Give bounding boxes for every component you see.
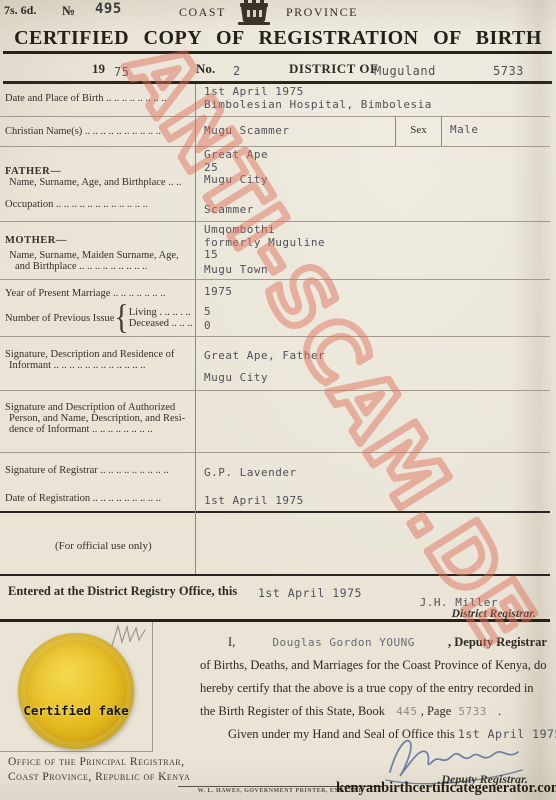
father-name: Great Ape <box>204 149 550 162</box>
cert-after-name: , Deputy Registrar <box>448 635 547 649</box>
birth-value: 1st April 1975 Bimbolesian Hospital, Bim… <box>196 84 550 116</box>
row-informant: Signature, Description and Residence of … <box>0 337 550 391</box>
row-date-place-of-birth: Date and Place of Birth .. .. .. .. .. .… <box>0 84 550 117</box>
christian-name-label: Christian Name(s) .. .. .. .. .. .. .. .… <box>0 117 196 146</box>
christian-name-value: Mugu Scammer <box>196 117 395 146</box>
year-typed: 75 <box>114 65 129 79</box>
deceased-label: Deceased .. .. .. <box>129 318 193 329</box>
office-line-2: Coast Province, Republic of Kenya <box>8 770 190 785</box>
number-symbol: № <box>62 3 75 19</box>
birth-date: 1st April 1975 <box>204 86 550 99</box>
province-label: PROVINCE <box>286 5 358 20</box>
informant-name: Great Ape, Father <box>204 350 550 363</box>
row-marriage-issue: Year of Present Marriage .. .. .. .. .. … <box>0 280 550 337</box>
informant-residence: Mugu City <box>204 372 550 385</box>
marriage-issue-label-cell: Year of Present Marriage .. .. .. .. .. … <box>0 280 196 336</box>
entered-date: 1st April 1975 <box>258 586 362 600</box>
cert-line-4c: . <box>498 704 501 718</box>
official-use-value <box>196 513 550 574</box>
row-registrar: Signature of Registrar .. .. .. .. .. ..… <box>0 453 550 513</box>
district-label: DISTRICT OF <box>289 61 378 77</box>
birth-label: Date and Place of Birth .. .. .. .. .. .… <box>0 84 196 116</box>
cert-line-2: of Births, Deaths, and Marriages for the… <box>200 658 552 681</box>
father-sublabel: Name, Surname, Age, and Birthplace .. .. <box>5 177 193 188</box>
entered-label: Entered at the District Registry Office,… <box>8 584 237 599</box>
marriage-issue-values: 1975 5 0 <box>196 280 550 336</box>
birth-place: Bimbolesian Hospital, Bimbolesia <box>204 99 550 112</box>
mother-label-cell: MOTHER— Name, Surname, Maiden Surname, A… <box>0 222 196 279</box>
deputy-registrar-name: Douglas Gordon YOUNG <box>272 636 414 649</box>
father-birthplace: Mugu City <box>204 174 550 187</box>
occupation-value: Scammer <box>204 204 550 217</box>
registration-date-value: 1st April 1975 <box>196 485 550 513</box>
row-official-use: (For official use only) <box>0 513 550 576</box>
cert-i: I, <box>228 635 235 649</box>
mother-heading: MOTHER— <box>5 235 193 246</box>
informant-values: Great Ape, Father Mugu City <box>196 337 550 390</box>
authorized-label-3: dence of Informant .. .. .. .. .. .. .. … <box>5 424 193 435</box>
official-use-label: (For official use only) <box>0 513 196 574</box>
previous-issue-group: Number of Previous Issue { Living . .. .… <box>5 304 193 332</box>
certification-section: Certified fake I, Douglas Gordon YOUNG ,… <box>0 622 556 800</box>
registration-date-label: Date of Registration .. .. .. .. .. .. .… <box>0 485 196 513</box>
mother-name: Umqombothi <box>204 224 550 237</box>
mother-values: Umqombothi formerly Muguline 15 Mugu Tow… <box>196 222 550 279</box>
coast-label: COAST <box>179 5 226 20</box>
father-heading: FATHER— <box>5 166 193 177</box>
deceased-value: 0 <box>204 320 550 333</box>
authorized-label-cell: Signature and Description of Authorized … <box>0 391 196 452</box>
seal-box-vertical-line <box>152 622 153 751</box>
website-text: kenyanbirthcertificategenerator.com <box>336 780 556 797</box>
authorized-label-1: Signature and Description of Authorized <box>5 402 193 413</box>
district-registrar-title: District Registrar. <box>452 608 536 620</box>
row-father: FATHER— Name, Surname, Age, and Birthpla… <box>0 147 550 222</box>
mother-age: 15 <box>204 249 550 262</box>
form-number: 5733 <box>493 64 524 78</box>
cert-line-1: I, Douglas Gordon YOUNG , Deputy Registr… <box>200 635 552 658</box>
cert-line-4a: the Birth Register of this State, Book <box>200 704 385 718</box>
seal-label: Certified fake <box>20 703 132 718</box>
book-number: 445 <box>396 705 417 718</box>
no-label: No. <box>196 61 215 77</box>
mother-sublabel-2: and Birthplace .. .. .. .. .. .. .. .. .… <box>5 261 193 272</box>
title-rule <box>3 51 552 54</box>
sex-value: Male <box>442 117 479 146</box>
pencil-mark <box>106 618 152 652</box>
occupation-label: Occupation .. .. .. .. .. .. .. .. .. ..… <box>5 199 193 210</box>
fee-text: 7s. 6d. <box>4 3 36 18</box>
district-value: Muguland <box>374 64 436 78</box>
marriage-year-value: 1975 <box>204 286 550 299</box>
year-printed: 19 <box>92 61 105 77</box>
mother-birthplace: Mugu Town <box>204 264 550 277</box>
authorized-value <box>196 391 550 452</box>
office-address: Office of the Principal Registrar, Coast… <box>8 755 190 785</box>
document-title: CERTIFIED COPY OF REGISTRATION OF BIRTH <box>0 27 556 50</box>
row-mother: MOTHER— Name, Surname, Maiden Surname, A… <box>0 222 550 280</box>
office-line-1: Office of the Principal Registrar, <box>8 755 190 770</box>
brace-glyph: { <box>114 302 128 334</box>
cert-line-4: the Birth Register of this State, Book 4… <box>200 704 552 727</box>
informant-label-cell: Signature, Description and Residence of … <box>0 337 196 390</box>
marriage-label: Year of Present Marriage .. .. .. .. .. … <box>5 288 193 299</box>
row-christian-name: Christian Name(s) .. .. .. .. .. .. .. .… <box>0 117 550 147</box>
birth-certificate-document: 7s. 6d. № 495 COAST PROVINCE CERTIFIED C… <box>0 0 556 800</box>
year-district-row: 19 75 No. 2 DISTRICT OF Muguland 5733 <box>0 55 556 81</box>
authorized-label-2: Person, and Name, Description, and Resi- <box>5 413 193 424</box>
mother-maiden-name: formerly Muguline <box>204 237 550 250</box>
no-value: 2 <box>233 64 241 78</box>
living-value: 5 <box>204 306 550 319</box>
registrar-signature-value: G.P. Lavender <box>196 453 550 485</box>
father-label-cell: FATHER— Name, Surname, Age, and Birthpla… <box>0 147 196 221</box>
registrar-signature-label: Signature of Registrar .. .. .. .. .. ..… <box>0 453 196 485</box>
serial-number: 495 <box>95 1 122 17</box>
sex-label: Sex <box>395 117 442 146</box>
previous-issue-label: Number of Previous Issue <box>5 313 114 324</box>
mother-sublabel-1: Name, Surname, Maiden Surname, Age, <box>5 250 193 261</box>
row-authorized-person: Signature and Description of Authorized … <box>0 391 550 453</box>
cert-line-4b: , Page <box>421 704 452 718</box>
entered-section: Entered at the District Registry Office,… <box>0 576 550 622</box>
father-values: Great Ape 25 Mugu City Scammer <box>196 147 550 221</box>
christian-name-cells: Mugu Scammer Sex Male <box>196 117 550 146</box>
informant-label-2: Informant .. .. .. .. .. .. .. .. .. .. … <box>5 360 193 371</box>
cert-line-3: hereby certify that the above is a true … <box>200 681 552 704</box>
living-label: Living . .. .. . .. <box>129 307 193 318</box>
registration-form: Date and Place of Birth .. .. .. .. .. .… <box>0 84 550 576</box>
informant-label-1: Signature, Description and Residence of <box>5 349 193 360</box>
page-number: 5733 <box>458 705 487 718</box>
seal-box-horizontal-line <box>0 751 153 752</box>
